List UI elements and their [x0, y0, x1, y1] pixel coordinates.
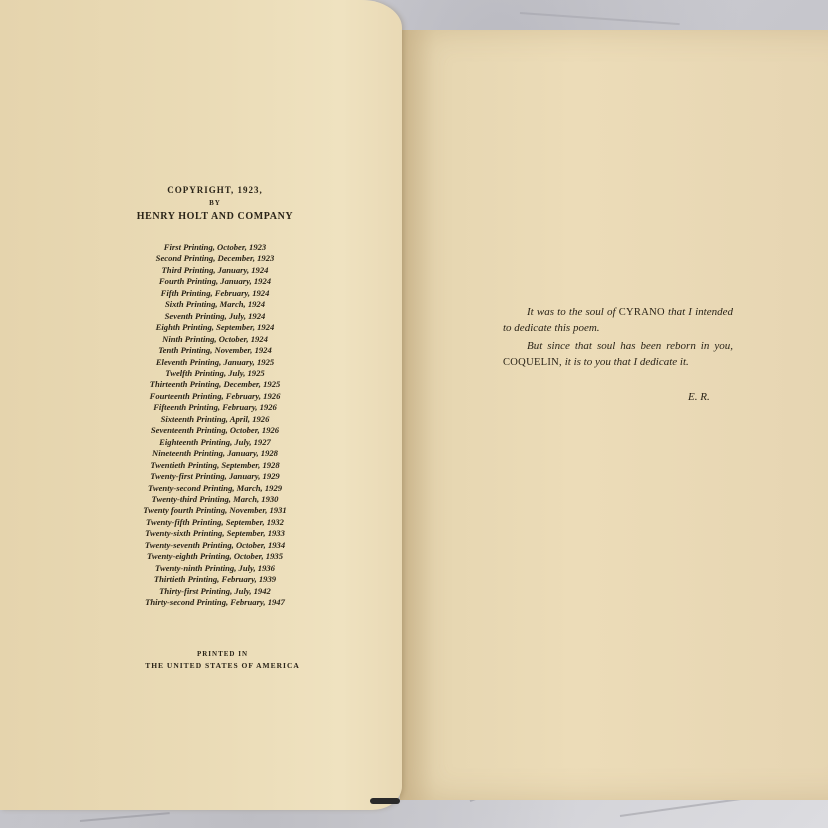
printing-line: Thirty-first Printing, July, 1942 [100, 586, 330, 597]
book-cover-edge [370, 798, 400, 804]
printing-line: Twelfth Printing, July, 1925 [100, 368, 330, 379]
dedication-signature: E. R. [688, 391, 710, 403]
printing-line: Second Printing, December, 1923 [100, 253, 330, 264]
printing-line: Ninth Printing, October, 1924 [100, 334, 330, 345]
printing-line: Fourteenth Printing, February, 1926 [100, 391, 330, 402]
printing-line: Twenty-third Printing, March, 1930 [100, 494, 330, 505]
name-coquelin: COQUELIN, [503, 357, 562, 368]
printing-line: Twenty-second Printing, March, 1929 [100, 483, 330, 494]
printing-line: Twenty-first Printing, January, 1929 [100, 471, 330, 482]
printing-line: Eighteenth Printing, July, 1927 [100, 437, 330, 448]
printing-line: Twentieth Printing, September, 1928 [100, 460, 330, 471]
dedication-paragraph-2: But since that soul has been reborn in y… [503, 339, 733, 370]
printing-line: Seventeenth Printing, October, 1926 [100, 425, 330, 436]
printing-line: Thirteenth Printing, December, 1925 [100, 379, 330, 390]
printing-history: First Printing, October, 1923 Second Pri… [100, 242, 330, 609]
printing-line: Seventh Printing, July, 1924 [100, 311, 330, 322]
printing-line: Twenty-ninth Printing, July, 1936 [100, 563, 330, 574]
printing-line: Fifth Printing, February, 1924 [100, 288, 330, 299]
copyright-by: BY [100, 199, 330, 207]
right-page [400, 30, 828, 800]
printing-line: Eighth Printing, September, 1924 [100, 322, 330, 333]
printing-line: Nineteenth Printing, January, 1928 [100, 448, 330, 459]
printing-line: Twenty-eighth Printing, October, 1935 [100, 551, 330, 562]
printed-in-block: PRINTED IN THE UNITED STATES OF AMERICA [100, 650, 345, 670]
marble-vein [80, 812, 170, 822]
dedication-text-segment: But since that soul has been reborn in y… [527, 340, 733, 352]
printing-line: Sixteenth Printing, April, 1926 [100, 414, 330, 425]
printed-in-country: THE UNITED STATES OF AMERICA [100, 661, 345, 670]
publisher-name: HENRY HOLT AND COMPANY [100, 211, 330, 222]
printing-line: Twenty-fifth Printing, September, 1932 [100, 517, 330, 528]
name-cyrano: CYRANO [619, 307, 665, 318]
printing-line: Tenth Printing, November, 1924 [100, 345, 330, 356]
printing-line: Fifteenth Printing, February, 1926 [100, 402, 330, 413]
printing-line: Third Printing, January, 1924 [100, 265, 330, 276]
printing-line: Fourth Printing, January, 1924 [100, 276, 330, 287]
printing-line: Sixth Printing, March, 1924 [100, 299, 330, 310]
printing-line: Twenty-seventh Printing, October, 1934 [100, 540, 330, 551]
copyright-heading: COPYRIGHT, 1923, [100, 185, 330, 195]
printing-line: Twenty-sixth Printing, September, 1933 [100, 528, 330, 539]
printing-line: First Printing, October, 1923 [100, 242, 330, 253]
dedication-text: It was to the soul of CYRANO that I inte… [503, 305, 733, 370]
printing-line: Thirtieth Printing, February, 1939 [100, 574, 330, 585]
marble-vein [520, 12, 680, 25]
printed-in-line: PRINTED IN [100, 650, 345, 658]
dedication-paragraph-1: It was to the soul of CYRANO that I inte… [503, 305, 733, 336]
dedication-text-segment: it is to you that I dedicate it. [562, 356, 689, 368]
dedication-text-segment: It was to the soul of [527, 306, 619, 318]
printing-line: Eleventh Printing, January, 1925 [100, 357, 330, 368]
copyright-block: COPYRIGHT, 1923, BY HENRY HOLT AND COMPA… [100, 185, 330, 609]
printing-line: Thirty-second Printing, February, 1947 [100, 597, 330, 608]
printing-line: Twenty fourth Printing, November, 1931 [100, 505, 330, 516]
